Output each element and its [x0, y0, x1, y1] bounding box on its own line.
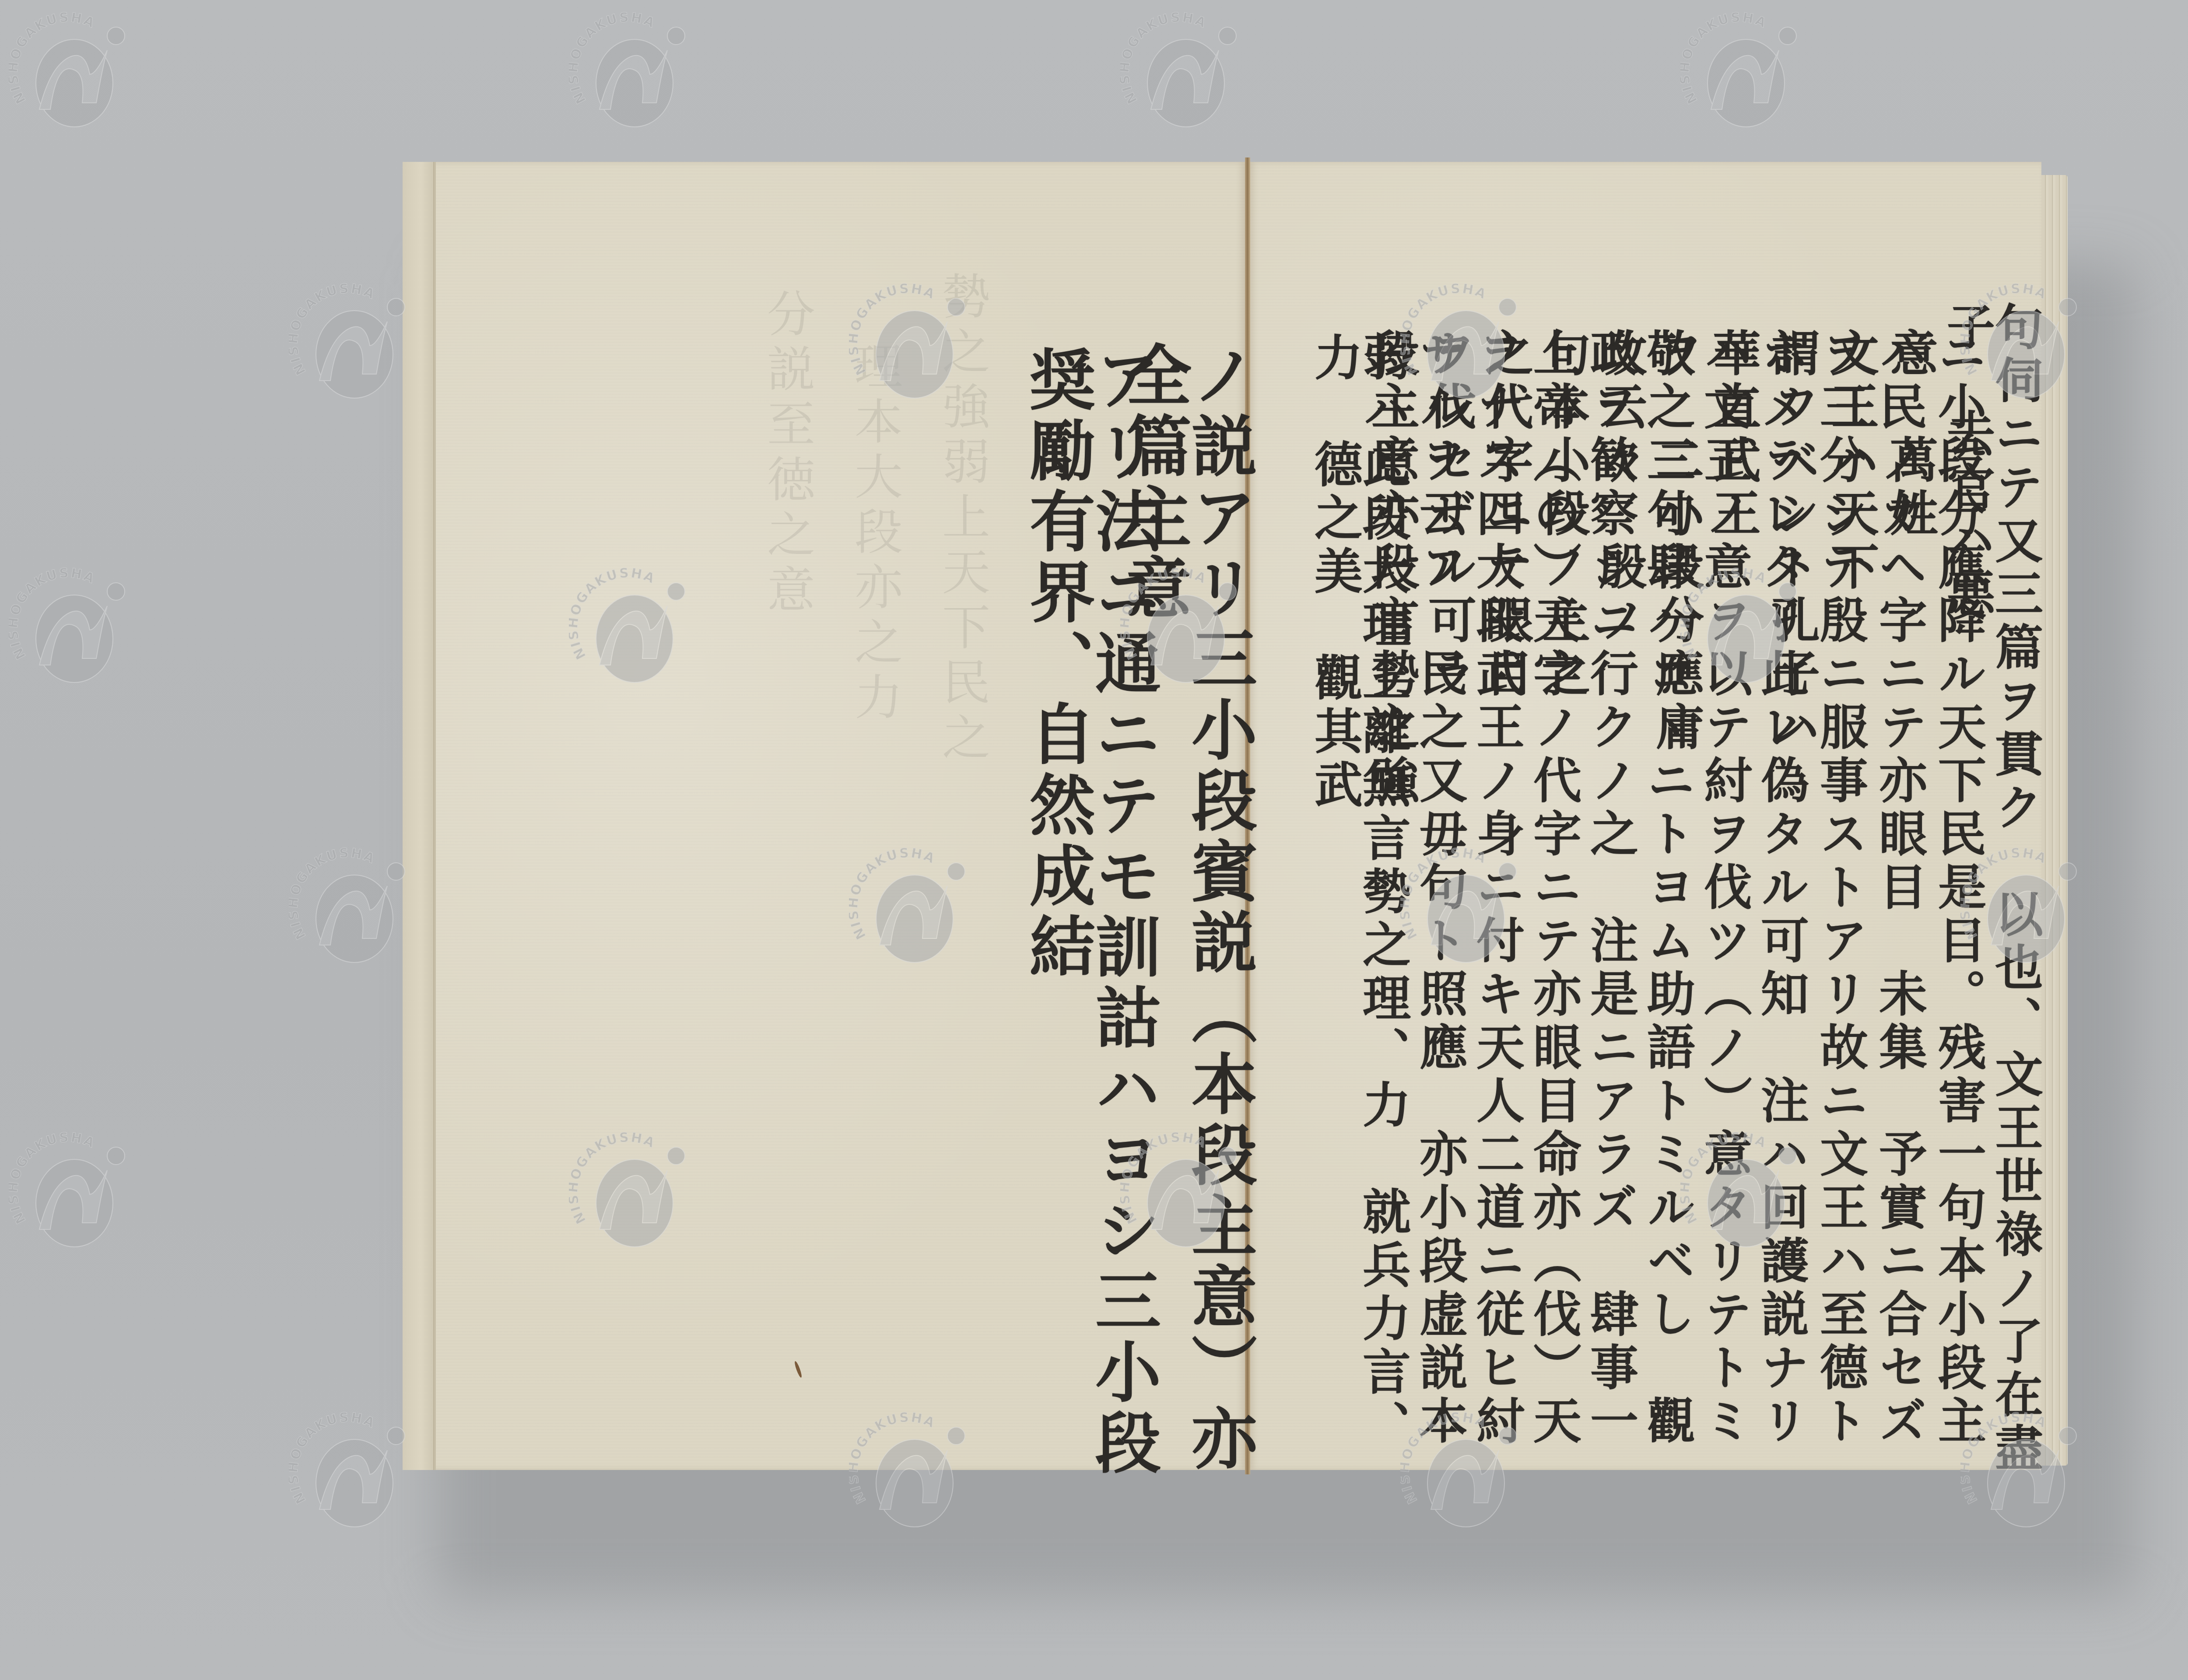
watermark-logo-icon: NISHOGAKUSHA — [1680, 9, 1799, 136]
nishogakusha-watermark-logo: NISHOGAKUSHA — [9, 1129, 127, 1256]
watermark-logo-icon: NISHOGAKUSHA — [849, 280, 967, 407]
watermark-logo-icon: NISHOGAKUSHA — [1400, 844, 1518, 971]
nishogakusha-watermark-logo: NISHOGAKUSHA — [1400, 844, 1518, 971]
nishogakusha-watermark-logo: NISHOGAKUSHA — [1680, 564, 1799, 691]
watermark-logo-icon: NISHOGAKUSHA — [1960, 844, 2079, 971]
nishogakusha-watermark-logo: NISHOGAKUSHA — [9, 9, 127, 136]
nishogakusha-watermark-logo: NISHOGAKUSHA — [289, 844, 407, 971]
nishogakusha-watermark-logo: NISHOGAKUSHA — [1680, 9, 1799, 136]
nishogakusha-watermark-logo: NISHOGAKUSHA — [289, 1409, 407, 1536]
nishogakusha-watermark-logo: NISHOGAKUSHA — [1680, 1129, 1799, 1256]
watermark-logo-icon: NISHOGAKUSHA — [849, 844, 967, 971]
nishogakusha-watermark-logo: NISHOGAKUSHA — [1120, 9, 1238, 136]
watermark-logo-icon: NISHOGAKUSHA — [1120, 1129, 1238, 1256]
nishogakusha-watermark-logo: NISHOGAKUSHA — [1960, 1409, 2079, 1536]
nishogakusha-watermark-logo: NISHOGAKUSHA — [1960, 844, 2079, 971]
watermark-logo-icon: NISHOGAKUSHA — [1680, 1129, 1799, 1256]
nishogakusha-watermark-logo: NISHOGAKUSHA — [289, 280, 407, 407]
watermark-logo-icon: NISHOGAKUSHA — [289, 1409, 407, 1536]
watermark-logo-icon: NISHOGAKUSHA — [1120, 9, 1238, 136]
watermark-logo-icon: NISHOGAKUSHA — [1960, 280, 2079, 407]
nishogakusha-watermark-logo: NISHOGAKUSHA — [849, 844, 967, 971]
text-column: アリ法ニ通ニテモ訓詁ハヨシ三小段奨勵有界、自然成結 — [1024, 346, 1155, 1483]
watermark-logo-icon: NISHOGAKUSHA — [1960, 1409, 2079, 1536]
nishogakusha-watermark-logo: NISHOGAKUSHA — [1120, 564, 1238, 691]
watermark-logo-icon: NISHOGAKUSHA — [9, 1129, 127, 1256]
watermark-logo-icon: NISHOGAKUSHA — [569, 9, 687, 136]
watermark-logo-icon: NISHOGAKUSHA — [289, 844, 407, 971]
binding-fold-line — [434, 162, 436, 1470]
watermark-logo-icon: NISHOGAKUSHA — [9, 9, 127, 136]
watermark-logo-icon: NISHOGAKUSHA — [9, 564, 127, 691]
watermark-logo-icon: NISHOGAKUSHA — [569, 1129, 687, 1256]
watermark-logo-icon: NISHOGAKUSHA — [289, 280, 407, 407]
watermark-logo-icon: NISHOGAKUSHA — [569, 564, 687, 691]
nishogakusha-watermark-logo: NISHOGAKUSHA — [849, 1409, 967, 1536]
watermark-logo-icon: NISHOGAKUSHA — [1400, 1409, 1518, 1536]
nishogakusha-watermark-logo: NISHOGAKUSHA — [569, 9, 687, 136]
nishogakusha-watermark-logo: NISHOGAKUSHA — [1120, 1129, 1238, 1256]
nishogakusha-watermark-logo: NISHOGAKUSHA — [1400, 1409, 1518, 1536]
text-column: 弱ハ此段大理上離無言勢之理、力 就兵力言、力 德之美 觀其武 — [1311, 332, 1407, 1483]
open-book: 勢之強弱上天下民之 理本大段亦之力 分説至徳之意 ノ説アリ三小段賓説（本段主意）… — [403, 157, 2100, 1483]
nishogakusha-watermark-logo: NISHOGAKUSHA — [569, 564, 687, 691]
nishogakusha-watermark-logo: NISHOGAKUSHA — [569, 1129, 687, 1256]
nishogakusha-watermark-logo: NISHOGAKUSHA — [1960, 280, 2079, 407]
watermark-logo-icon: NISHOGAKUSHA — [849, 1409, 967, 1536]
watermark-logo-icon: NISHOGAKUSHA — [1680, 564, 1799, 691]
nishogakusha-watermark-logo: NISHOGAKUSHA — [1400, 280, 1518, 407]
binding-edge — [403, 162, 435, 1470]
nishogakusha-watermark-logo: NISHOGAKUSHA — [849, 280, 967, 407]
watermark-logo-icon: NISHOGAKUSHA — [1120, 564, 1238, 691]
nishogakusha-watermark-logo: NISHOGAKUSHA — [9, 564, 127, 691]
watermark-logo-icon: NISHOGAKUSHA — [1400, 280, 1518, 407]
show-through-text: 分説至徳之意 — [753, 289, 822, 619]
